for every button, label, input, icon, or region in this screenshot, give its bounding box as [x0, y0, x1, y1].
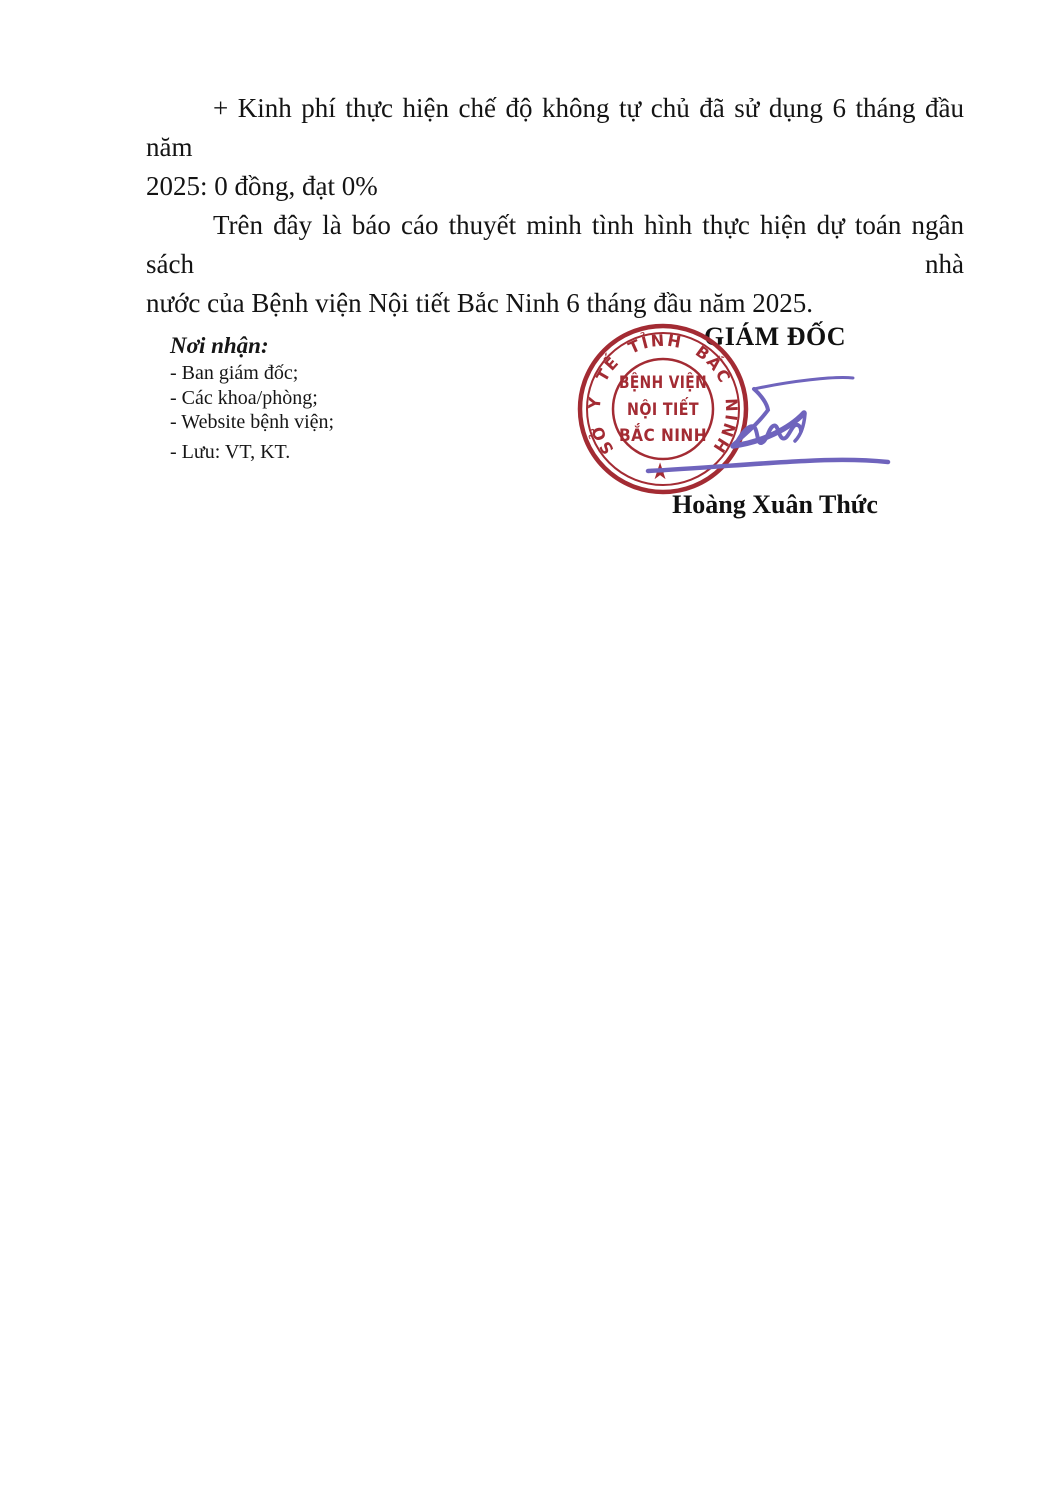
signature-underline-stroke [648, 460, 888, 471]
recipients-heading: Nơi nhận: [170, 333, 490, 359]
body-text: + Kinh phí thực hiện chế độ không tự chủ… [146, 89, 964, 323]
recipients-block: Nơi nhận: - Ban giám đốc; - Các khoa/phò… [170, 333, 490, 464]
paragraph-line: 2025: 0 đồng, đạt 0% [146, 167, 964, 206]
recipient-item: - Ban giám đốc; [170, 361, 490, 386]
paragraph-line: Trên đây là báo cáo thuyết minh tình hìn… [146, 206, 964, 284]
recipient-item: - Lưu: VT, KT. [170, 440, 490, 465]
signature-stroke [754, 378, 853, 389]
recipient-item: - Các khoa/phòng; [170, 386, 490, 411]
paragraph: + Kinh phí thực hiện chế độ không tự chủ… [146, 89, 964, 206]
handwritten-signature [628, 353, 903, 483]
document-page: + Kinh phí thực hiện chế độ không tự chủ… [0, 0, 1061, 1500]
paragraph-line: nước của Bệnh viện Nội tiết Bắc Ninh 6 t… [146, 284, 964, 323]
paragraph-line: + Kinh phí thực hiện chế độ không tự chủ… [146, 89, 964, 167]
paragraph: Trên đây là báo cáo thuyết minh tình hìn… [146, 206, 964, 323]
recipient-item: - Website bệnh viện; [170, 410, 490, 435]
